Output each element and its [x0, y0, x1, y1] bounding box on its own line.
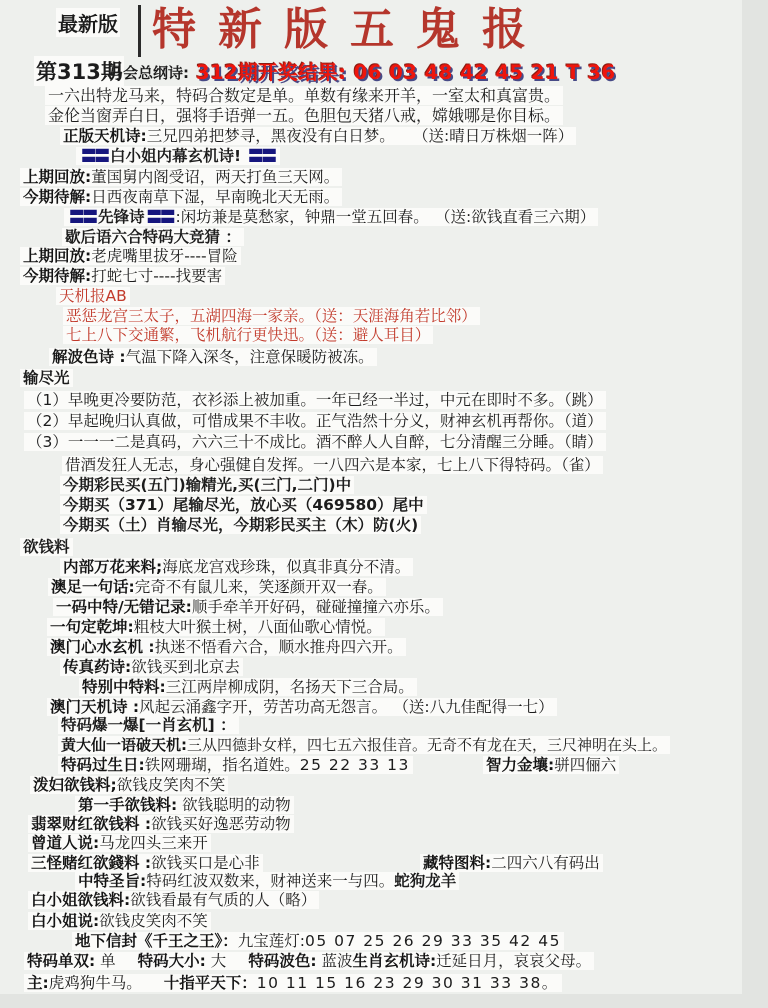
shizhi-numbers: 10 11 15 16 23 29 30 31 33 38。 — [257, 974, 559, 992]
shengzhi-line: 中特圣旨:特码红波双数来，财神送来一与四。蛇狗龙羊 — [75, 872, 459, 891]
edition-label: 最新版 — [56, 8, 120, 37]
temabao-header: 特码爆一爆[一肖玄机] ： — [58, 716, 239, 735]
scan-edge-bottom — [0, 994, 768, 1008]
pofu-line: 泼妇欲钱料;欲钱皮笑肉不笑 — [30, 776, 228, 795]
daxiao-value: 大 — [211, 952, 227, 970]
shujinguang-line-3: （3）一一一二是真码，六六三十不成比。酒不醉人人自醉，七分清醒三分睡。（睛） — [24, 433, 606, 452]
yuqianliao-header: 欲钱料 — [20, 538, 73, 557]
opening-poem-line-2: 金伦当窗弄白日，强将手语弹一五。色胆包天猪八戒，嫦娥哪是你目标。 — [45, 106, 563, 125]
bxj-shuo-line: 白小姐说:欲钱皮笑肉不笑 — [28, 912, 211, 931]
xiehouyu-header: 歇后语六合特码大竞猜 ： — [62, 228, 244, 247]
bose-value: 蓝波 — [321, 952, 352, 970]
huifang-line-2: 上期回放:老虎嘴里拔牙----冒险 — [20, 247, 241, 266]
diyishou-line: 第一手欲钱料: 欲钱聪明的动物 — [75, 796, 294, 815]
shujinguang-header: 输尽光 — [20, 369, 73, 388]
page-title: 特新版五鬼报 — [152, 6, 548, 54]
yiju-line: 一句定乾坤:粗枝大叶猴土树，八面仙歌心情悦。 — [47, 618, 385, 637]
scan-edge-right — [742, 0, 768, 1008]
double-bar-icon: 〓〓 — [248, 147, 275, 165]
xinshui-line: 澳门心水玄机 :执迷不悟看六合，顺水推舟四六开。 — [47, 638, 406, 657]
draw-result-banner: 312期开奖结果: 06 03 48 42 45 21 T 36 — [196, 57, 616, 85]
shujinguang-line-2: （2）早起晚归认真做，可惜成果不丰收。正气浩然十分义，财神玄机再帮你。（道） — [24, 412, 606, 431]
aomen-tianji-line: 澳门天机诗 :风起云涌鑫字开，劳苦功高无怨言。（送:八九佳配得一七） — [47, 698, 557, 717]
shengxiao-text: 迁延日月，哀哀父母。 — [436, 952, 591, 970]
danshuang-value: 单 — [100, 952, 116, 970]
double-bar-icon: 〓〓 — [147, 208, 174, 226]
tebie-line: 特别中特料:三江两岸柳成阴，名扬天下三合局。 — [79, 678, 417, 697]
zhili-line: 智力金壤:骈四俪六 — [483, 756, 619, 775]
aozu-line: 澳足一句话:完奇不有鼠儿来，笑逐颜开双一春。 — [48, 578, 386, 597]
jiebose-line: 解波色诗 :气温下降入深冬，注意保暖防被冻。 — [49, 348, 377, 367]
huifang-line-1: 上期回放:董国舅内阁受诏，两天打鱼三天网。 — [20, 168, 342, 187]
zhu-value: 虎鸡狗牛马。 — [49, 974, 142, 992]
tianjibao-red-line-2: 七上八下交通繁，飞机航行更快迅。（送：避人耳目） — [63, 326, 433, 345]
opening-poem-line-1: 一六出特龙马来，特码合数定是单。单数有缘来开羊，一室太和真富贵。 — [45, 86, 563, 105]
tip-sheet-page: 最新版 特新版五鬼报 第313期 马会总纲诗: 312期开奖结果: 06 03 … — [0, 0, 768, 1008]
shujinguang-line-4: 借酒发狂人无志，身心强健自发挥。一八四六是本家，七上八下得特码。（雀） — [62, 456, 603, 475]
caimin-line-2: 今期买（371）尾输尽光，放心买（469580）尾中 — [60, 496, 427, 515]
issue-subtitle: 马会总纲诗: — [108, 62, 189, 83]
zhengban-tianji-line: 正版天机诗:三兄四弟把梦寻，黑夜没有白日梦。（送:晴日万株烟一阵） — [60, 127, 576, 146]
chuanzhen-line: 传真药诗:欲钱买到北京去 — [60, 658, 243, 677]
cangte-line: 藏特图料:二四六八有码出 — [420, 854, 603, 873]
footer-zhu-line: 主:虎鸡狗牛马。十指平天下：10 11 15 16 23 29 30 31 33… — [24, 974, 562, 993]
neibu-line: 内部万花来料;海底龙宫戏珍珠，似真非真分不清。 — [60, 558, 413, 577]
caimin-line-3: 今期买（土）肖输尽光，今期彩民买主（木）防(火) — [60, 516, 421, 535]
yima-line: 一码中特/无错记录:顺手牵羊开好码，碰碰撞撞六亦乐。 — [53, 598, 443, 617]
double-bar-icon: 〓〓 — [69, 208, 96, 226]
daijie-line-1: 今期待解:日西夜南草下湿，早南晚北天无雨。 — [20, 188, 342, 207]
tianjibao-header: 天机报AB — [56, 287, 130, 306]
baixiaojie-header: 〓〓白小姐内幕玄机诗! 〓〓 — [76, 147, 280, 166]
sanguai-line: 三怪赌红欲錢料 :欲钱买口是心非 — [28, 854, 263, 873]
dixia-line: 地下信封《千王之王》：九宝莲灯:05 07 25 26 29 33 35 42 … — [72, 932, 564, 951]
caimin-line-1: 今期彩民买(五门)输精光,买(三门,二门)中 — [60, 476, 354, 495]
daijie-line-2: 今期待解:打蛇七寸----找要害 — [20, 267, 225, 286]
tianjibao-red-line-1: 恶惩龙宫三太子，五湖四海一家亲。（送：天涯海角若比邻） — [63, 307, 480, 326]
shujinguang-line-1: （1）早晚更冷要防范，衣衫添上被加重。一年已经一半过，中元在即时不多。（跳） — [24, 391, 606, 410]
masthead-divider — [138, 5, 141, 57]
xianfeng-line: 〓〓先锋诗〓〓:闲坊兼是莫愁家，钟鼎一堂五回春。（送:欲钱直看三六期） — [64, 208, 598, 227]
feicui-line: 翡翠财红欲钱料 :欲钱买好逸恶劳动物 — [28, 815, 294, 834]
shengri-line: 特码过生日:铁网珊瑚，指名道姓。25 22 33 13 — [58, 756, 413, 775]
bxj-yuqian-line: 白小姐欲钱料:欲钱看最有气质的人（略） — [28, 891, 319, 910]
double-bar-icon: 〓〓 — [81, 147, 108, 165]
zengdaoren-line: 曾道人说:马龙四头三来开 — [28, 834, 211, 853]
huangdaxian-line: 黄大仙一语破天机:三从四德卦女样，四七五六报佳音。无奇不有龙在天，三尺神明在头上… — [58, 736, 670, 755]
footer-summary-line: 特码单双: 单特码大小: 大特码波色: 蓝波生肖玄机诗:迁延日月，哀哀父母。 — [24, 952, 594, 971]
